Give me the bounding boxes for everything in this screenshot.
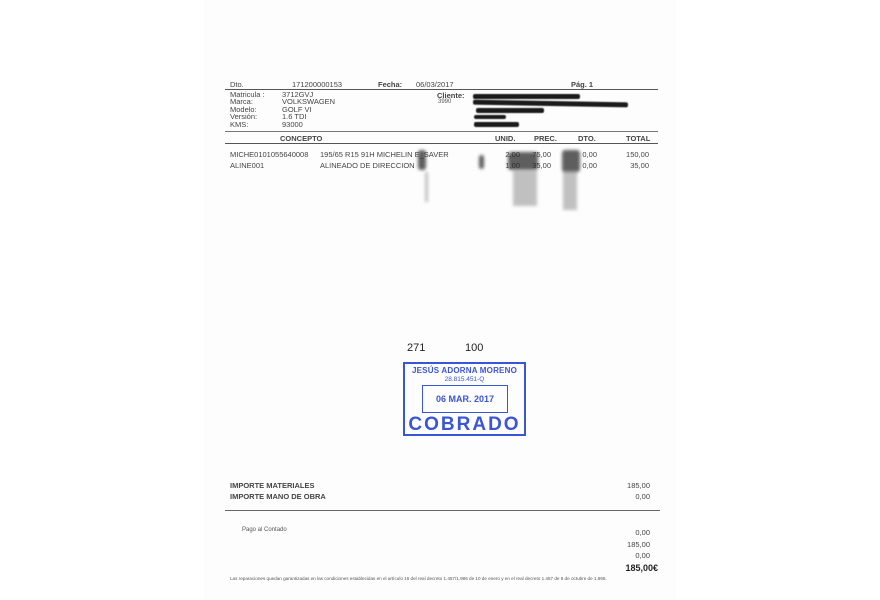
scan-smudge xyxy=(418,150,426,170)
row-total: 35,00 xyxy=(616,161,649,170)
row-concept: ALINEADO DE DIRECCION xyxy=(320,161,415,170)
col-concept: CONCEPTO xyxy=(280,134,322,143)
vehicle-labels: Matricula : Marca: Modelo: Versión: KMS: xyxy=(230,91,265,128)
client-code: 3990 xyxy=(438,99,451,105)
scan-smudge xyxy=(513,170,537,206)
summary-divider xyxy=(225,510,660,511)
payment-value-1: 0,00 xyxy=(600,528,650,537)
stamp-date: 06 MAR. 2017 xyxy=(422,385,508,413)
labour-label: IMPORTE MANO DE OBRA xyxy=(230,492,326,501)
redacted-client-nif xyxy=(474,122,519,127)
table-header-divider xyxy=(225,143,658,144)
row-total: 150,00 xyxy=(616,150,649,159)
materials-label: IMPORTE MATERIALES xyxy=(230,481,314,490)
kms-label: KMS: xyxy=(230,121,265,128)
col-total: TOTAL xyxy=(626,134,650,143)
doc-label: Dto. xyxy=(230,80,244,89)
labour-value: 0,00 xyxy=(600,492,650,501)
handwritten-note-right: 100 xyxy=(465,342,483,354)
redacted-client-city xyxy=(476,108,544,113)
payment-method: Pago al Contado xyxy=(242,527,287,533)
col-discount: DTO. xyxy=(578,134,596,143)
stamp-nif: 28.815.451-Q xyxy=(405,376,524,383)
date-label: Fecha: xyxy=(378,80,402,89)
payment-value-2: 185,00 xyxy=(600,540,650,549)
handwritten-note-left: 271 xyxy=(407,342,425,354)
scan-smudge xyxy=(563,170,577,210)
scan-smudge xyxy=(508,152,538,170)
redacted-client-name xyxy=(473,94,580,99)
scan-smudge xyxy=(425,172,428,202)
date-value: 06/03/2017 xyxy=(416,80,454,89)
scan-smudge xyxy=(479,155,484,169)
col-units: UNID. xyxy=(495,134,515,143)
paid-stamp: JESÚS ADORNA MORENO 28.815.451-Q 06 MAR.… xyxy=(403,362,526,436)
kms-value: 93000 xyxy=(282,121,335,128)
vehicle-values: 3712GVJ VOLKSWAGEN GOLF VI 1.6 TDI 93000 xyxy=(282,91,335,128)
materials-value: 185,00 xyxy=(600,481,650,490)
row-code: MICHE0101055640008 xyxy=(230,150,308,159)
scan-smudge xyxy=(562,150,580,172)
page-number: Pág. 1 xyxy=(571,80,593,89)
col-price: PREC. xyxy=(534,134,557,143)
stamp-status: COBRADO xyxy=(405,414,524,436)
redacted-client-phone xyxy=(474,115,506,119)
row-concept: 195/65 R15 91H MICHELIN E_SAVER xyxy=(320,150,449,159)
stamp-name: JESÚS ADORNA MORENO xyxy=(405,366,524,375)
payment-value-3: 0,00 xyxy=(600,551,650,560)
warranty-note: Las reparaciones quedan garantizadas en … xyxy=(230,576,607,581)
grand-total: 185,00€ xyxy=(590,563,658,573)
vehicle-divider xyxy=(225,131,658,132)
row-code: ALINE001 xyxy=(230,161,264,170)
doc-number: 171200000153 xyxy=(292,80,342,89)
